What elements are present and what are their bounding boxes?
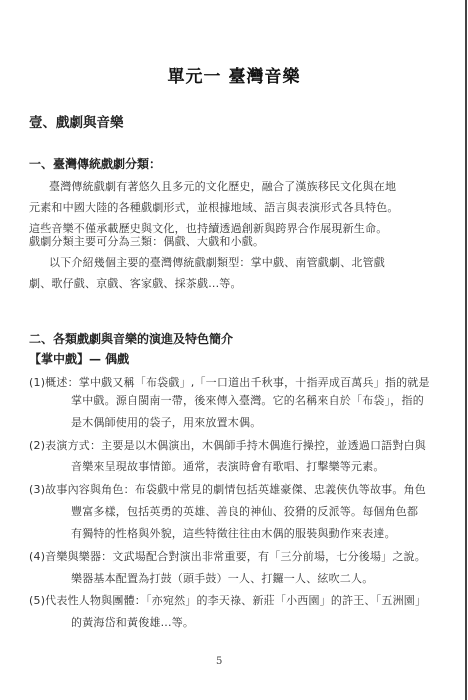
item-line: (3)故事內容與角色：布袋戲中常見的劇情包括英雄豪傑、忠義俠仇等故事。角色 <box>29 481 426 497</box>
paragraph-line: 臺灣傳統戲劇有著悠久且多元的文化歷史，融合了漢族移民文化與在地 <box>49 178 396 194</box>
part1-heading: 一、臺灣傳統戲劇分類： <box>29 155 161 172</box>
page-number: 5 <box>216 656 222 667</box>
paragraph-line: 元素和中國大陸的各種戲劇形式，並根據地域、語言與表演形式各具特色。 <box>29 199 399 215</box>
paragraph-line: 戲劇分類主要可分為三類：偶戲、大戲和小戲。 <box>29 233 264 249</box>
item-line: (2)表演方式：主要是以木偶演出，木偶師手持木偶進行操控，並透過口語對白與 <box>29 437 426 453</box>
item-line: (1)概述：掌中戲又稱「布袋戲」,「一口道出千秋事，十指弄成百萬兵」指的就是 <box>29 374 430 390</box>
paragraph-line: 以下介紹幾個主要的臺灣傳統戲劇類型：掌中戲、南管戲劇、北管戲 <box>49 254 385 270</box>
item-line: 的黃海岱和黃俊雄...等。 <box>71 614 194 630</box>
part2-heading: 二、各類戲劇與音樂的演進及特色簡介 <box>29 330 233 347</box>
item-line: 是木偶師使用的袋子，用來放置木偶。 <box>71 414 261 430</box>
page-edge-border <box>465 0 467 700</box>
part2-subheading: 【掌中戲】— 偶戲 <box>29 350 129 367</box>
item-line: (5)代表性人物與團體：「亦宛然」的李天祿、新莊「小西園」的許王、「五洲園」 <box>29 592 426 608</box>
item-line: 音樂來呈現故事情節。通常，表演時會有歌唱、打擊樂等元素。 <box>71 458 385 474</box>
paragraph-line: 劇、歌仔戲、京戲、客家戲、採茶戲...等。 <box>29 275 242 291</box>
item-line: 有獨特的性格與外貌，這些特徵往往由木偶的服裝與動作來表達。 <box>71 525 396 541</box>
item-line: (4)音樂與樂器：文武場配合對演出非常重要，有「三分前場，七分後場」之說。 <box>29 548 426 564</box>
section-heading: 壹、戲劇與音樂 <box>29 111 124 131</box>
page-title: 單元一 臺灣音樂 <box>0 62 468 87</box>
item-line: 樂器基本配置為打鼓（頭手鼓）一人、打鑼一人、絃吹二人。 <box>71 570 373 586</box>
item-line: 豐富多樣，包括英勇的英雄、善良的神仙、狡猾的反派等。每個角色都 <box>71 503 418 519</box>
item-line: 掌中戲。源自閩南一帶，後來傳入臺灣。它的名稱來自於「布袋」，指的 <box>71 392 424 408</box>
